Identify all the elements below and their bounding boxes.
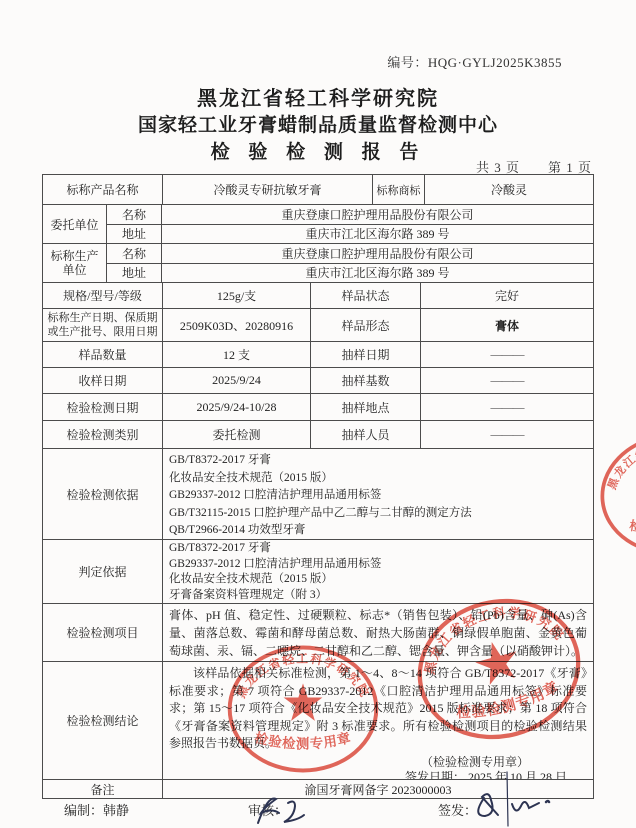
test-date-value: 2025/9/24-10/28 xyxy=(163,394,311,420)
manufacturer-label-line2: 单位 xyxy=(62,263,86,277)
judgment-list: GB/T8372-2017 牙膏 GB29337-2012 口腔清洁护理用品通用… xyxy=(163,540,593,603)
test-type-value: 委托检测 xyxy=(163,421,311,448)
table-row: 标称生产 单位 名称 重庆登康口腔护理用品股份有限公司 地址 重庆市江北区海尔路… xyxy=(43,244,593,283)
client-address-row: 地址 重庆市江北区海尔路 389 号 xyxy=(107,225,593,244)
manufacturer-label: 标称生产 单位 xyxy=(43,244,107,282)
stamp-note: （检验检测专用章） xyxy=(169,755,587,770)
test-type-label: 检验检测类别 xyxy=(43,421,163,448)
judgment-line: GB29337-2012 口腔清洁护理用品通用标签 xyxy=(169,557,587,573)
issue-date-value: 2025 年 10 月 28 日 xyxy=(468,770,567,780)
manufacturer-name-row: 名称 重庆登康口腔护理用品股份有限公司 xyxy=(107,244,593,264)
client-address-value: 重庆市江北区海尔路 389 号 xyxy=(162,225,593,244)
items-label: 检验检测项目 xyxy=(43,604,163,661)
client-subgroup: 名称 重庆登康口腔护理用品股份有限公司 地址 重庆市江北区海尔路 389 号 xyxy=(107,205,593,243)
client-name-row: 名称 重庆登康口腔护理用品股份有限公司 xyxy=(107,205,593,225)
report-number: 编号：HQG·GYLJ2025K3855 xyxy=(387,52,562,71)
address-label: 地址 xyxy=(107,264,162,283)
organization-name: 黑龙江省轻工科学研究院 xyxy=(0,82,636,111)
sampling-base-label: 抽样基数 xyxy=(311,368,421,393)
issued-label: 签发： xyxy=(438,800,477,819)
receive-date-value: 2025/9/24 xyxy=(163,368,311,393)
manufacturer-subgroup: 名称 重庆登康口腔护理用品股份有限公司 地址 重庆市江北区海尔路 389 号 xyxy=(107,244,593,282)
manufacturer-label-line1: 标称生产 xyxy=(50,249,98,263)
judgment-line: 牙膏备案资料管理规定（附 3） xyxy=(169,588,587,604)
seal-bottom-text: 检验检测专用章 xyxy=(627,508,636,539)
prepared-name: 韩静 xyxy=(103,803,129,818)
client-name-value: 重庆登康口腔护理用品股份有限公司 xyxy=(162,205,593,224)
judgment-label: 判定依据 xyxy=(43,540,163,603)
conclusion-text: 该样品依据相关标准检测，第 1～4、8～14 项符合 GB/T8372-2017… xyxy=(169,665,587,753)
inspection-seal-icon: 黑龙江省轻工科学研究院 检验检测专用章 xyxy=(591,423,636,566)
sampler-value: ——— xyxy=(421,421,593,448)
issue-date: 签发日期： 2025 年 10 月 28 日 xyxy=(169,770,587,780)
production-date-label: 标称生产日期、保质期 或生产批号、限用日期 xyxy=(43,309,163,341)
production-date-label-line1: 标称生产日期、保质期 xyxy=(48,311,158,325)
svg-text:黑龙江省轻工科学研究院: 黑龙江省轻工科学研究院 xyxy=(600,432,636,493)
basis-line: GB29337-2012 口腔清洁护理用品通用标签 xyxy=(169,487,587,505)
product-name-value: 冷酸灵专研抗敏牙膏 xyxy=(163,175,373,204)
table-row: 检验检测结论 该样品依据相关标准检测，第 1～4、8～14 项符合 GB/T83… xyxy=(43,662,593,780)
table-row: 规格/型号/等级 125g/支 样品状态 完好 xyxy=(43,283,593,309)
report-table: 标称产品名称 冷酸灵专研抗敏牙膏 标称商标 冷酸灵 委托单位 名称 重庆登康口腔… xyxy=(42,174,594,799)
manufacturer-address-value: 重庆市江北区海尔路 389 号 xyxy=(162,264,593,283)
table-row: 检验检测日期 2025/9/24-10/28 抽样地点 ——— xyxy=(43,394,593,421)
client-label: 委托单位 xyxy=(43,205,107,243)
svg-text:检验检测专用章: 检验检测专用章 xyxy=(627,508,636,539)
table-row: 样品数量 12 支 抽样日期 ——— xyxy=(43,342,593,368)
items-text: 膏体、pH 值、稳定性、过硬颗粒、标志*（销售包装）、铅(Pb)含量、砷(As)… xyxy=(163,604,593,661)
reviewed-label: 审核： xyxy=(248,800,287,819)
manufacturer-address-row: 地址 重庆市江北区海尔路 389 号 xyxy=(107,264,593,283)
basis-line: GB/T8372-2017 牙膏 xyxy=(169,452,587,470)
prepared-label: 编制： xyxy=(64,803,103,818)
basis-list: GB/T8372-2017 牙膏 化妆品安全技术规范（2015 版） GB293… xyxy=(163,449,593,539)
report-page: 编号：HQG·GYLJ2025K3855 黑龙江省轻工科学研究院 国家轻工业牙膏… xyxy=(0,0,636,828)
issue-date-label: 签发日期： xyxy=(405,770,465,780)
table-row: 备注 渝国牙膏网备字 2023000003 xyxy=(43,780,593,798)
table-row: 判定依据 GB/T8372-2017 牙膏 GB29337-2012 口腔清洁护… xyxy=(43,540,593,604)
manufacturer-name-value: 重庆登康口腔护理用品股份有限公司 xyxy=(162,244,593,263)
receive-date-label: 收样日期 xyxy=(43,368,163,393)
quantity-label: 样品数量 xyxy=(43,342,163,367)
basis-line: QB/T2966-2014 功效型牙膏 xyxy=(169,522,587,539)
conclusion-label: 检验检测结论 xyxy=(43,662,163,779)
report-number-label: 编号： xyxy=(387,55,428,70)
judgment-line: 化妆品安全技术规范（2015 版） xyxy=(169,572,587,588)
sample-state-label: 样品状态 xyxy=(311,283,421,308)
table-row: 标称生产日期、保质期 或生产批号、限用日期 2509K03D、20280916 … xyxy=(43,309,593,342)
table-row: 检验检测类别 委托检测 抽样人员 ——— xyxy=(43,421,593,449)
sampling-place-value: ——— xyxy=(421,394,593,420)
basis-line: 化妆品安全技术规范（2015 版） xyxy=(169,470,587,488)
basis-label: 检验检测依据 xyxy=(43,449,163,539)
sampling-date-value: ——— xyxy=(421,342,593,367)
spec-label: 规格/型号/等级 xyxy=(43,283,163,308)
sampling-date-label: 抽样日期 xyxy=(311,342,421,367)
production-date-value: 2509K03D、20280916 xyxy=(163,309,311,341)
prepared-by: 编制：韩静 xyxy=(64,800,129,819)
brand-value: 冷酸灵 xyxy=(425,175,593,204)
sample-form-label: 样品形态 xyxy=(311,309,421,341)
testing-center-name: 国家轻工业牙膏蜡制品质量监督检测中心 xyxy=(0,110,636,137)
table-row: 委托单位 名称 重庆登康口腔护理用品股份有限公司 地址 重庆市江北区海尔路 38… xyxy=(43,205,593,244)
product-name-label: 标称产品名称 xyxy=(43,175,163,204)
spec-value: 125g/支 xyxy=(163,283,311,308)
table-row: 标称产品名称 冷酸灵专研抗敏牙膏 标称商标 冷酸灵 xyxy=(43,175,593,205)
conclusion-cell: 该样品依据相关标准检测，第 1～4、8～14 项符合 GB/T8372-2017… xyxy=(163,662,593,779)
name-label: 名称 xyxy=(107,244,162,263)
sampler-label: 抽样人员 xyxy=(311,421,421,448)
remark-label: 备注 xyxy=(43,780,163,798)
sample-state-value: 完好 xyxy=(421,283,593,308)
seal-ring-text: 黑龙江省轻工科学研究院 xyxy=(600,432,636,493)
judgment-line: GB/T8372-2017 牙膏 xyxy=(169,541,587,557)
sampling-place-label: 抽样地点 xyxy=(311,394,421,420)
quantity-value: 12 支 xyxy=(163,342,311,367)
table-row: 检验检测项目 膏体、pH 值、稳定性、过硬颗粒、标志*（销售包装）、铅(Pb)含… xyxy=(43,604,593,662)
basis-line: GB/T32115-2015 口腔护理产品中乙二醇与二甘醇的测定方法 xyxy=(169,505,587,523)
remark-value: 渝国牙膏网备字 2023000003 xyxy=(163,780,593,798)
report-number-value: HQG·GYLJ2025K3855 xyxy=(428,55,562,70)
table-row: 检验检测依据 GB/T8372-2017 牙膏 化妆品安全技术规范（2015 版… xyxy=(43,449,593,540)
brand-label: 标称商标 xyxy=(373,175,425,204)
table-row: 收样日期 2025/9/24 抽样基数 ——— xyxy=(43,368,593,394)
production-date-label-line2: 或生产批号、限用日期 xyxy=(48,325,158,339)
sample-form-value: 膏体 xyxy=(421,309,593,341)
address-label: 地址 xyxy=(107,225,162,244)
name-label: 名称 xyxy=(107,205,162,224)
test-date-label: 检验检测日期 xyxy=(43,394,163,420)
sampling-base-value: ——— xyxy=(421,368,593,393)
